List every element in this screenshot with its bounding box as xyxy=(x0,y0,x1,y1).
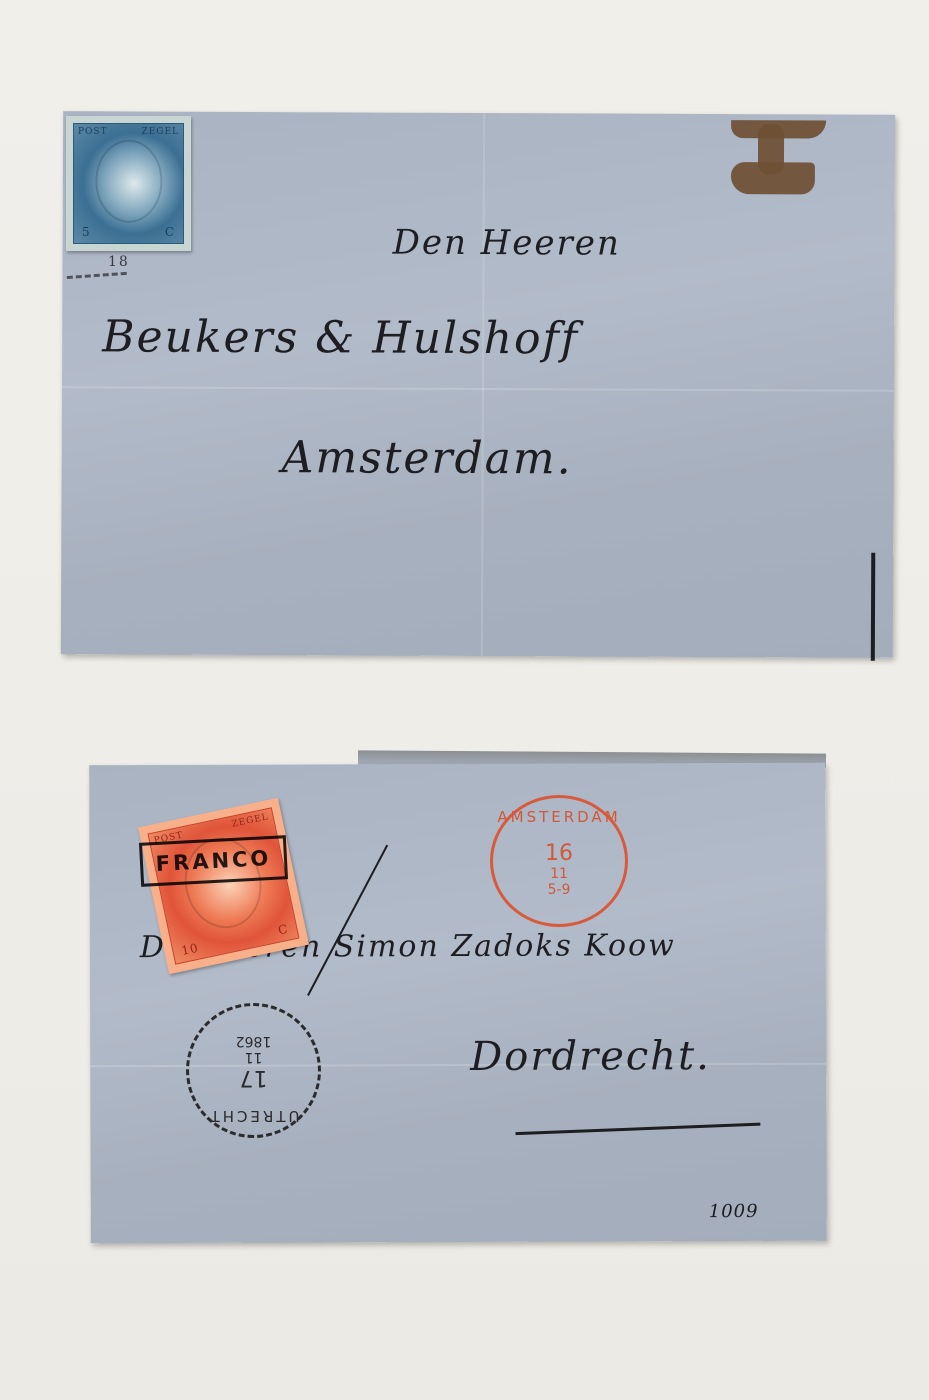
stamp-currency: C xyxy=(165,225,175,239)
red-10-cent-stamp: POST ZEGEL 10 C xyxy=(138,798,309,974)
fold-line xyxy=(62,386,894,392)
postmark-month: 11 xyxy=(550,866,568,882)
utrecht-postmark: UTRECHT 17 11 1862 xyxy=(186,1003,321,1138)
address-line-2: Beukers & Hulshoff xyxy=(102,311,579,364)
postmark-time: 5-9 xyxy=(548,882,571,898)
postmark-year: 1862 xyxy=(236,1034,272,1050)
fold-line xyxy=(481,113,485,656)
blue-5-cent-stamp: POST ZEGEL 5 C xyxy=(66,116,191,251)
franco-cancel: FRANCO xyxy=(139,835,288,887)
cancel-partial-text: 18 xyxy=(108,254,130,270)
stamp-zegel-label: ZEGEL xyxy=(231,812,270,830)
postmark-town: UTRECHT xyxy=(208,1107,300,1125)
stamp-post-label: POST xyxy=(78,127,108,137)
stamp-zegel-label: ZEGEL xyxy=(141,127,179,137)
stamp-value: 5 xyxy=(82,225,91,239)
ink-stain xyxy=(731,162,815,194)
catalogue-number: 1009 xyxy=(709,1201,759,1222)
stamp-design: POST ZEGEL 5 C xyxy=(73,123,184,244)
address-line-3: Amsterdam. xyxy=(282,432,573,484)
address-line-2: Dordrecht. xyxy=(470,1033,711,1080)
postmark-town: AMSTERDAM xyxy=(497,808,620,826)
ink-stroke xyxy=(871,553,875,661)
king-portrait xyxy=(95,140,162,223)
underline-stroke xyxy=(515,1123,760,1135)
address-line-1: Den Heeren xyxy=(393,223,621,264)
amsterdam-postmark: AMSTERDAM 16 11 5-9 xyxy=(490,795,628,927)
postmark-day: 17 xyxy=(240,1066,268,1090)
postmark-month: 11 xyxy=(245,1050,263,1066)
stamp-design: POST ZEGEL 10 C xyxy=(147,807,299,964)
stamp-currency: C xyxy=(277,922,290,938)
postmark-day: 16 xyxy=(545,842,573,866)
stamp-value: 10 xyxy=(180,941,200,958)
pen-stroke xyxy=(307,845,388,996)
